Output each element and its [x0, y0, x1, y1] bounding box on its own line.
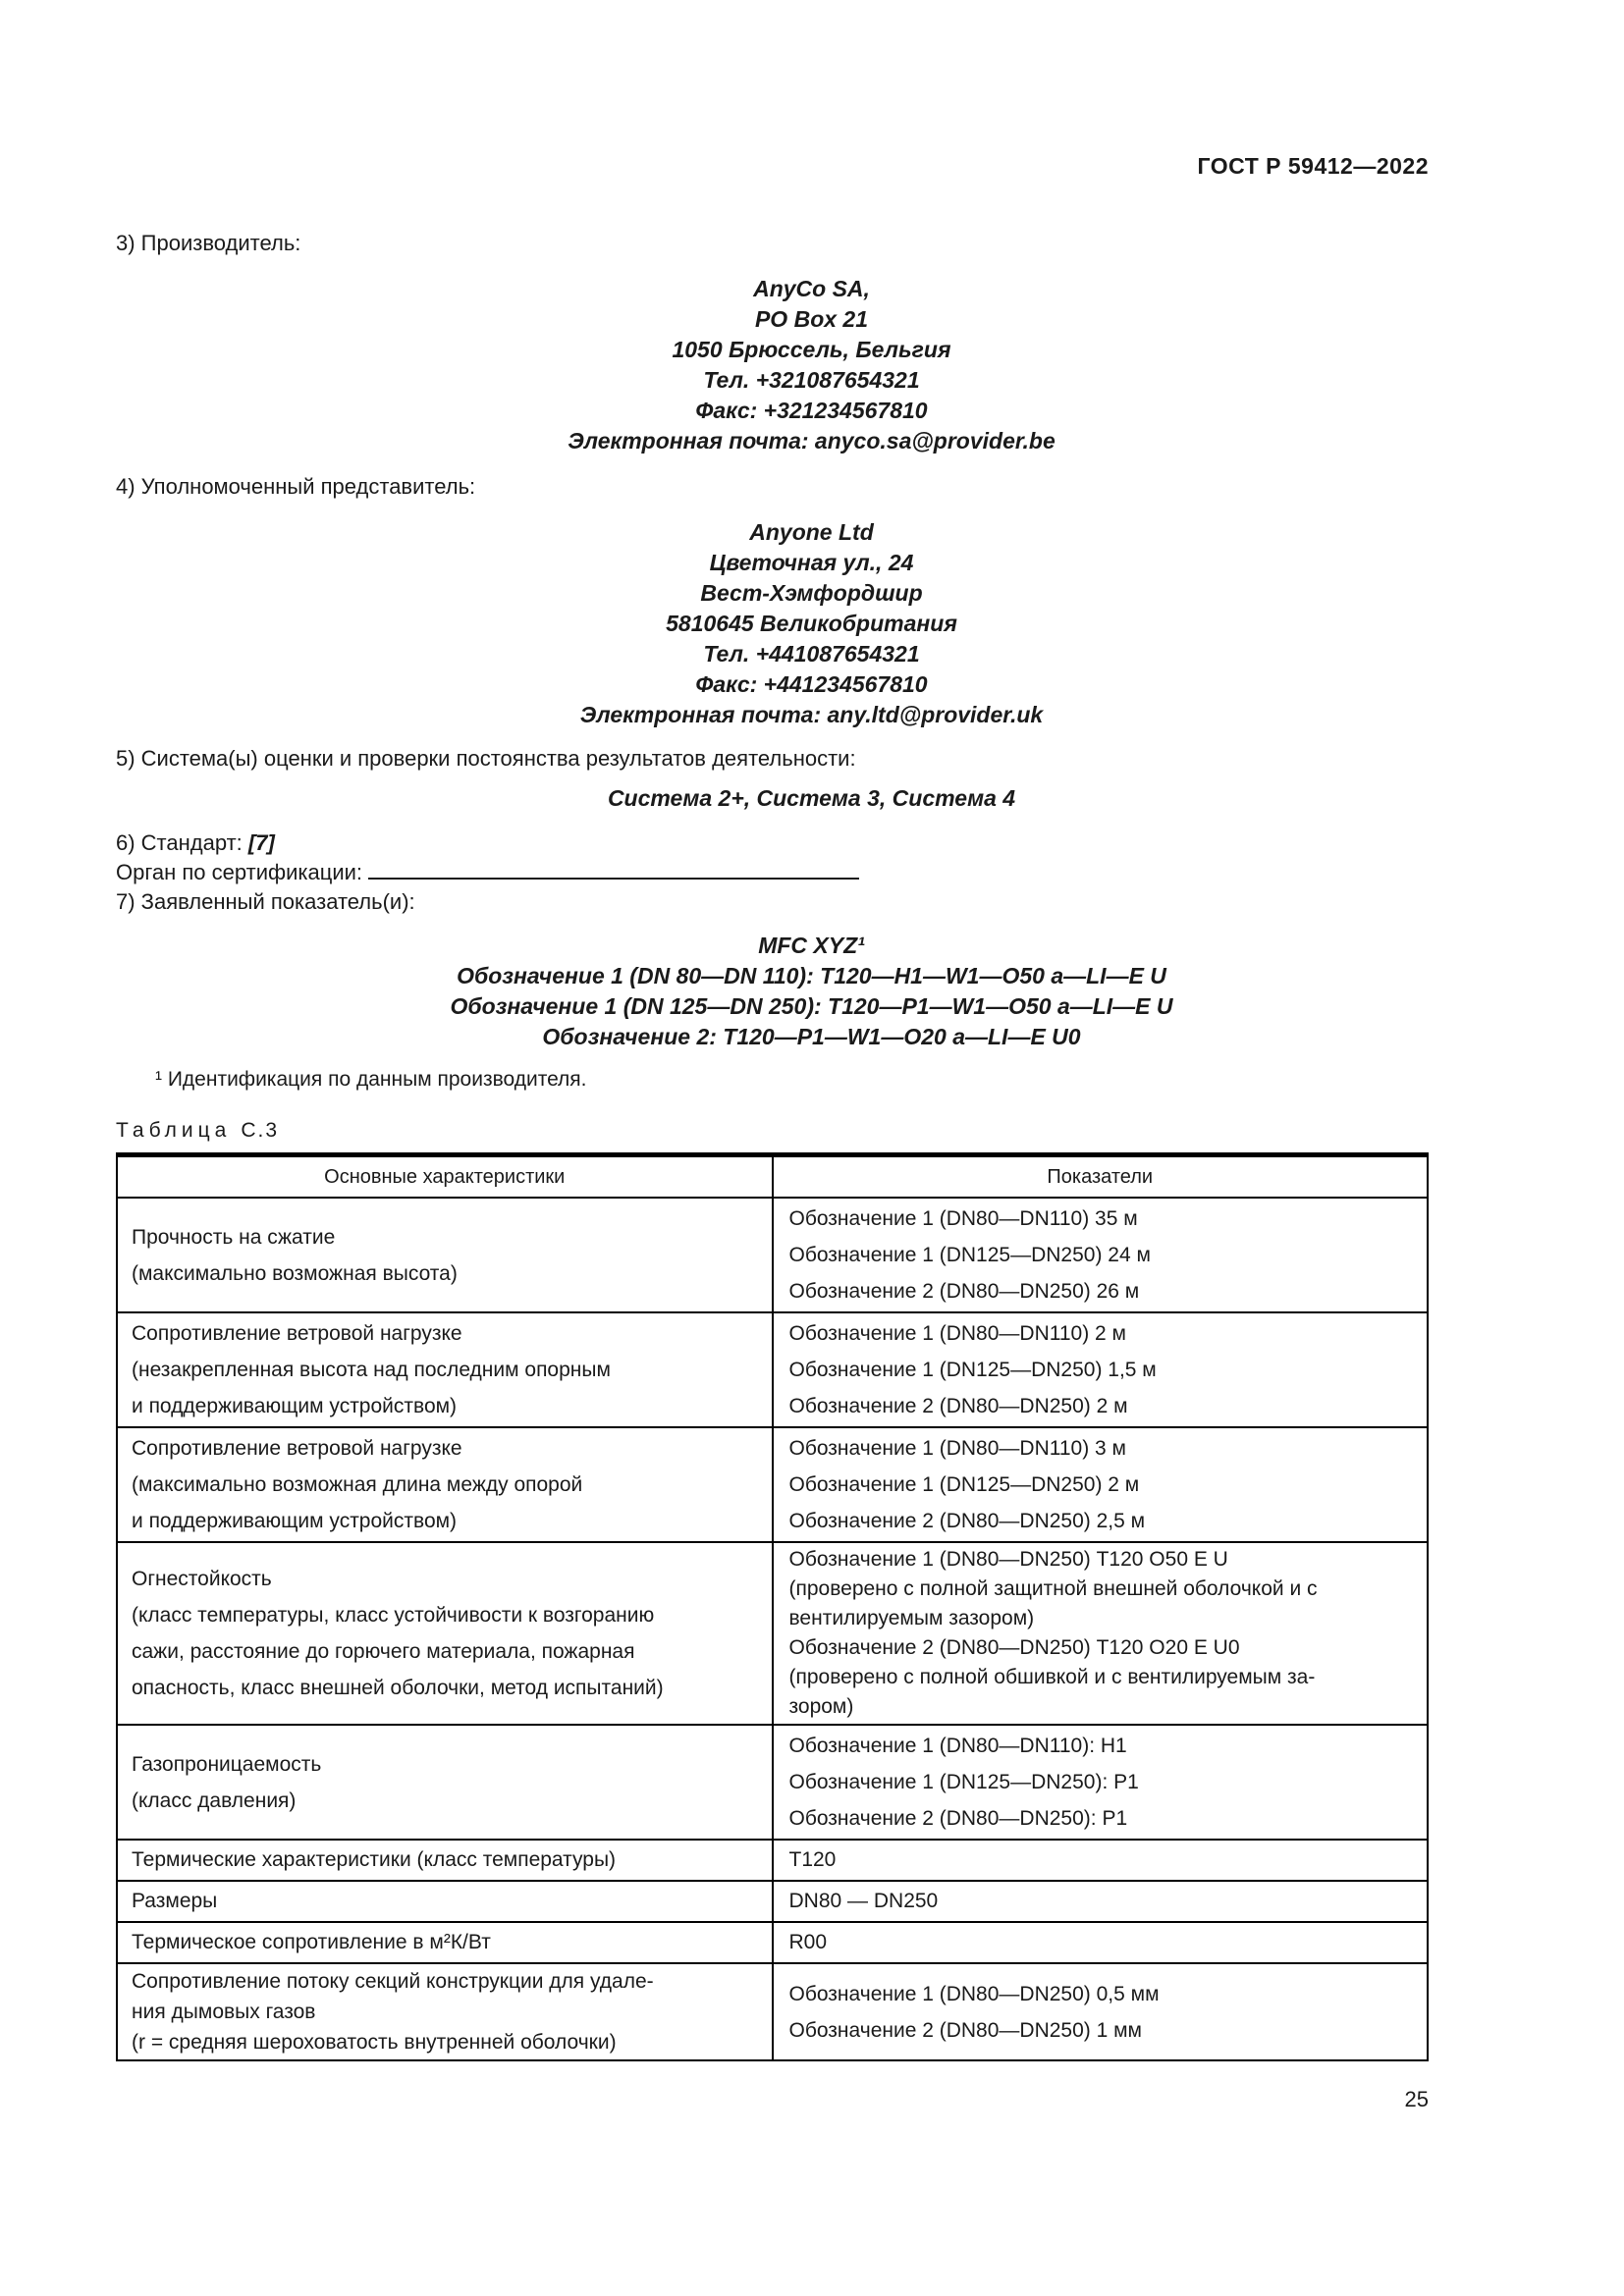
standard-and-certification-block: 6) Стандарт: [7] Орган по сертификации: … — [116, 828, 1429, 917]
table-row-thermal-resistance: Термическое сопротивление в м²К/Вт R00 — [117, 1922, 1428, 1963]
characteristic-cell: Огнестойкость (класс температуры, класс … — [117, 1542, 773, 1725]
representative-address: Anyone Ltd Цветочная ул., 24 Вест-Хэмфор… — [194, 517, 1429, 730]
table-row-compressive-strength: Прочность на сжатие (максимально возможн… — [117, 1198, 1428, 1312]
certification-body-label: Орган по сертификации: — [116, 860, 362, 884]
table-caption: ТаблицаС.3 — [116, 1119, 1429, 1143]
declared-performance-designations: MFC XYZ¹ Обозначение 1 (DN 80—DN 110): T… — [194, 931, 1429, 1052]
values-cell: Обозначение 1 (DN80—DN110) 35 м Обозначе… — [773, 1198, 1429, 1312]
characteristic-cell: Сопротивление потоку секций конструкции … — [117, 1963, 773, 2060]
manufacturer-label: 3) Производитель: — [116, 229, 1429, 258]
standard-number-header: ГОСТ Р 59412—2022 — [116, 153, 1429, 180]
characteristics-table: Основные характеристики Показатели Прочн… — [116, 1152, 1429, 2061]
table-row-wind-load-length: Сопротивление ветровой нагрузке (максима… — [117, 1427, 1428, 1542]
document-page: ГОСТ Р 59412—2022 3) Производитель: AnyC… — [0, 0, 1624, 2296]
standard-line: 6) Стандарт: [7] — [116, 828, 1429, 858]
values-cell: Обозначение 1 (DN80—DN250) 0,5 мм Обозна… — [773, 1963, 1429, 2060]
standard-label: 6) Стандарт: — [116, 830, 243, 855]
values-cell: T120 — [773, 1840, 1429, 1881]
certification-body-blank-line — [368, 858, 859, 880]
assessment-system-label: 5) Система(ы) оценки и проверки постоянс… — [116, 744, 1429, 774]
values-cell: Обозначение 1 (DN80—DN110) 2 м Обозначен… — [773, 1312, 1429, 1427]
standard-reference: [7] — [248, 830, 275, 855]
page-number: 25 — [116, 2087, 1429, 2112]
table-row-gas-permeability: Газопроницаемость (класс давления) Обозн… — [117, 1725, 1428, 1840]
assessment-systems-value: Система 2+, Система 3, Система 4 — [194, 783, 1429, 813]
characteristic-cell: Газопроницаемость (класс давления) — [117, 1725, 773, 1840]
manufacturer-address: AnyCo SA, PO Box 21 1050 Брюссель, Бельг… — [194, 274, 1429, 456]
table-caption-word: Таблица — [116, 1119, 231, 1142]
values-cell: R00 — [773, 1922, 1429, 1963]
table-row-wind-load-height: Сопротивление ветровой нагрузке (незакре… — [117, 1312, 1428, 1427]
page-content: ГОСТ Р 59412—2022 3) Производитель: AnyC… — [116, 0, 1429, 2112]
values-cell: DN80 — DN250 — [773, 1881, 1429, 1922]
table-row-thermal-characteristics: Термические характеристики (класс темпер… — [117, 1840, 1428, 1881]
table-header-row: Основные характеристики Показатели — [117, 1155, 1428, 1199]
declared-performance-label: 7) Заявленный показатель(и): — [116, 887, 1429, 917]
values-cell: Обозначение 1 (DN80—DN110): H1 Обозначен… — [773, 1725, 1429, 1840]
footnote: ¹ Идентификация по данным производителя. — [116, 1068, 1429, 1092]
table-row-flow-resistance: Сопротивление потоку секций конструкции … — [117, 1963, 1428, 2060]
certification-body-line: Орган по сертификации: — [116, 858, 1429, 887]
characteristic-cell: Прочность на сжатие (максимально возможн… — [117, 1198, 773, 1312]
characteristic-cell: Размеры — [117, 1881, 773, 1922]
representative-label: 4) Уполномоченный представитель: — [116, 472, 1429, 502]
characteristic-cell: Сопротивление ветровой нагрузке (незакре… — [117, 1312, 773, 1427]
values-cell: Обозначение 1 (DN80—DN250) T120 O50 E U … — [773, 1542, 1429, 1725]
characteristic-cell: Термическое сопротивление в м²К/Вт — [117, 1922, 773, 1963]
table-row-fire-resistance: Огнестойкость (класс температуры, класс … — [117, 1542, 1428, 1725]
characteristic-cell: Сопротивление ветровой нагрузке (максима… — [117, 1427, 773, 1542]
table-caption-number: С.3 — [241, 1119, 279, 1142]
characteristic-cell: Термические характеристики (класс темпер… — [117, 1840, 773, 1881]
column-header-indicators: Показатели — [773, 1155, 1429, 1199]
column-header-characteristics: Основные характеристики — [117, 1155, 773, 1199]
values-cell: Обозначение 1 (DN80—DN110) 3 м Обозначен… — [773, 1427, 1429, 1542]
table-row-dimensions: Размеры DN80 — DN250 — [117, 1881, 1428, 1922]
